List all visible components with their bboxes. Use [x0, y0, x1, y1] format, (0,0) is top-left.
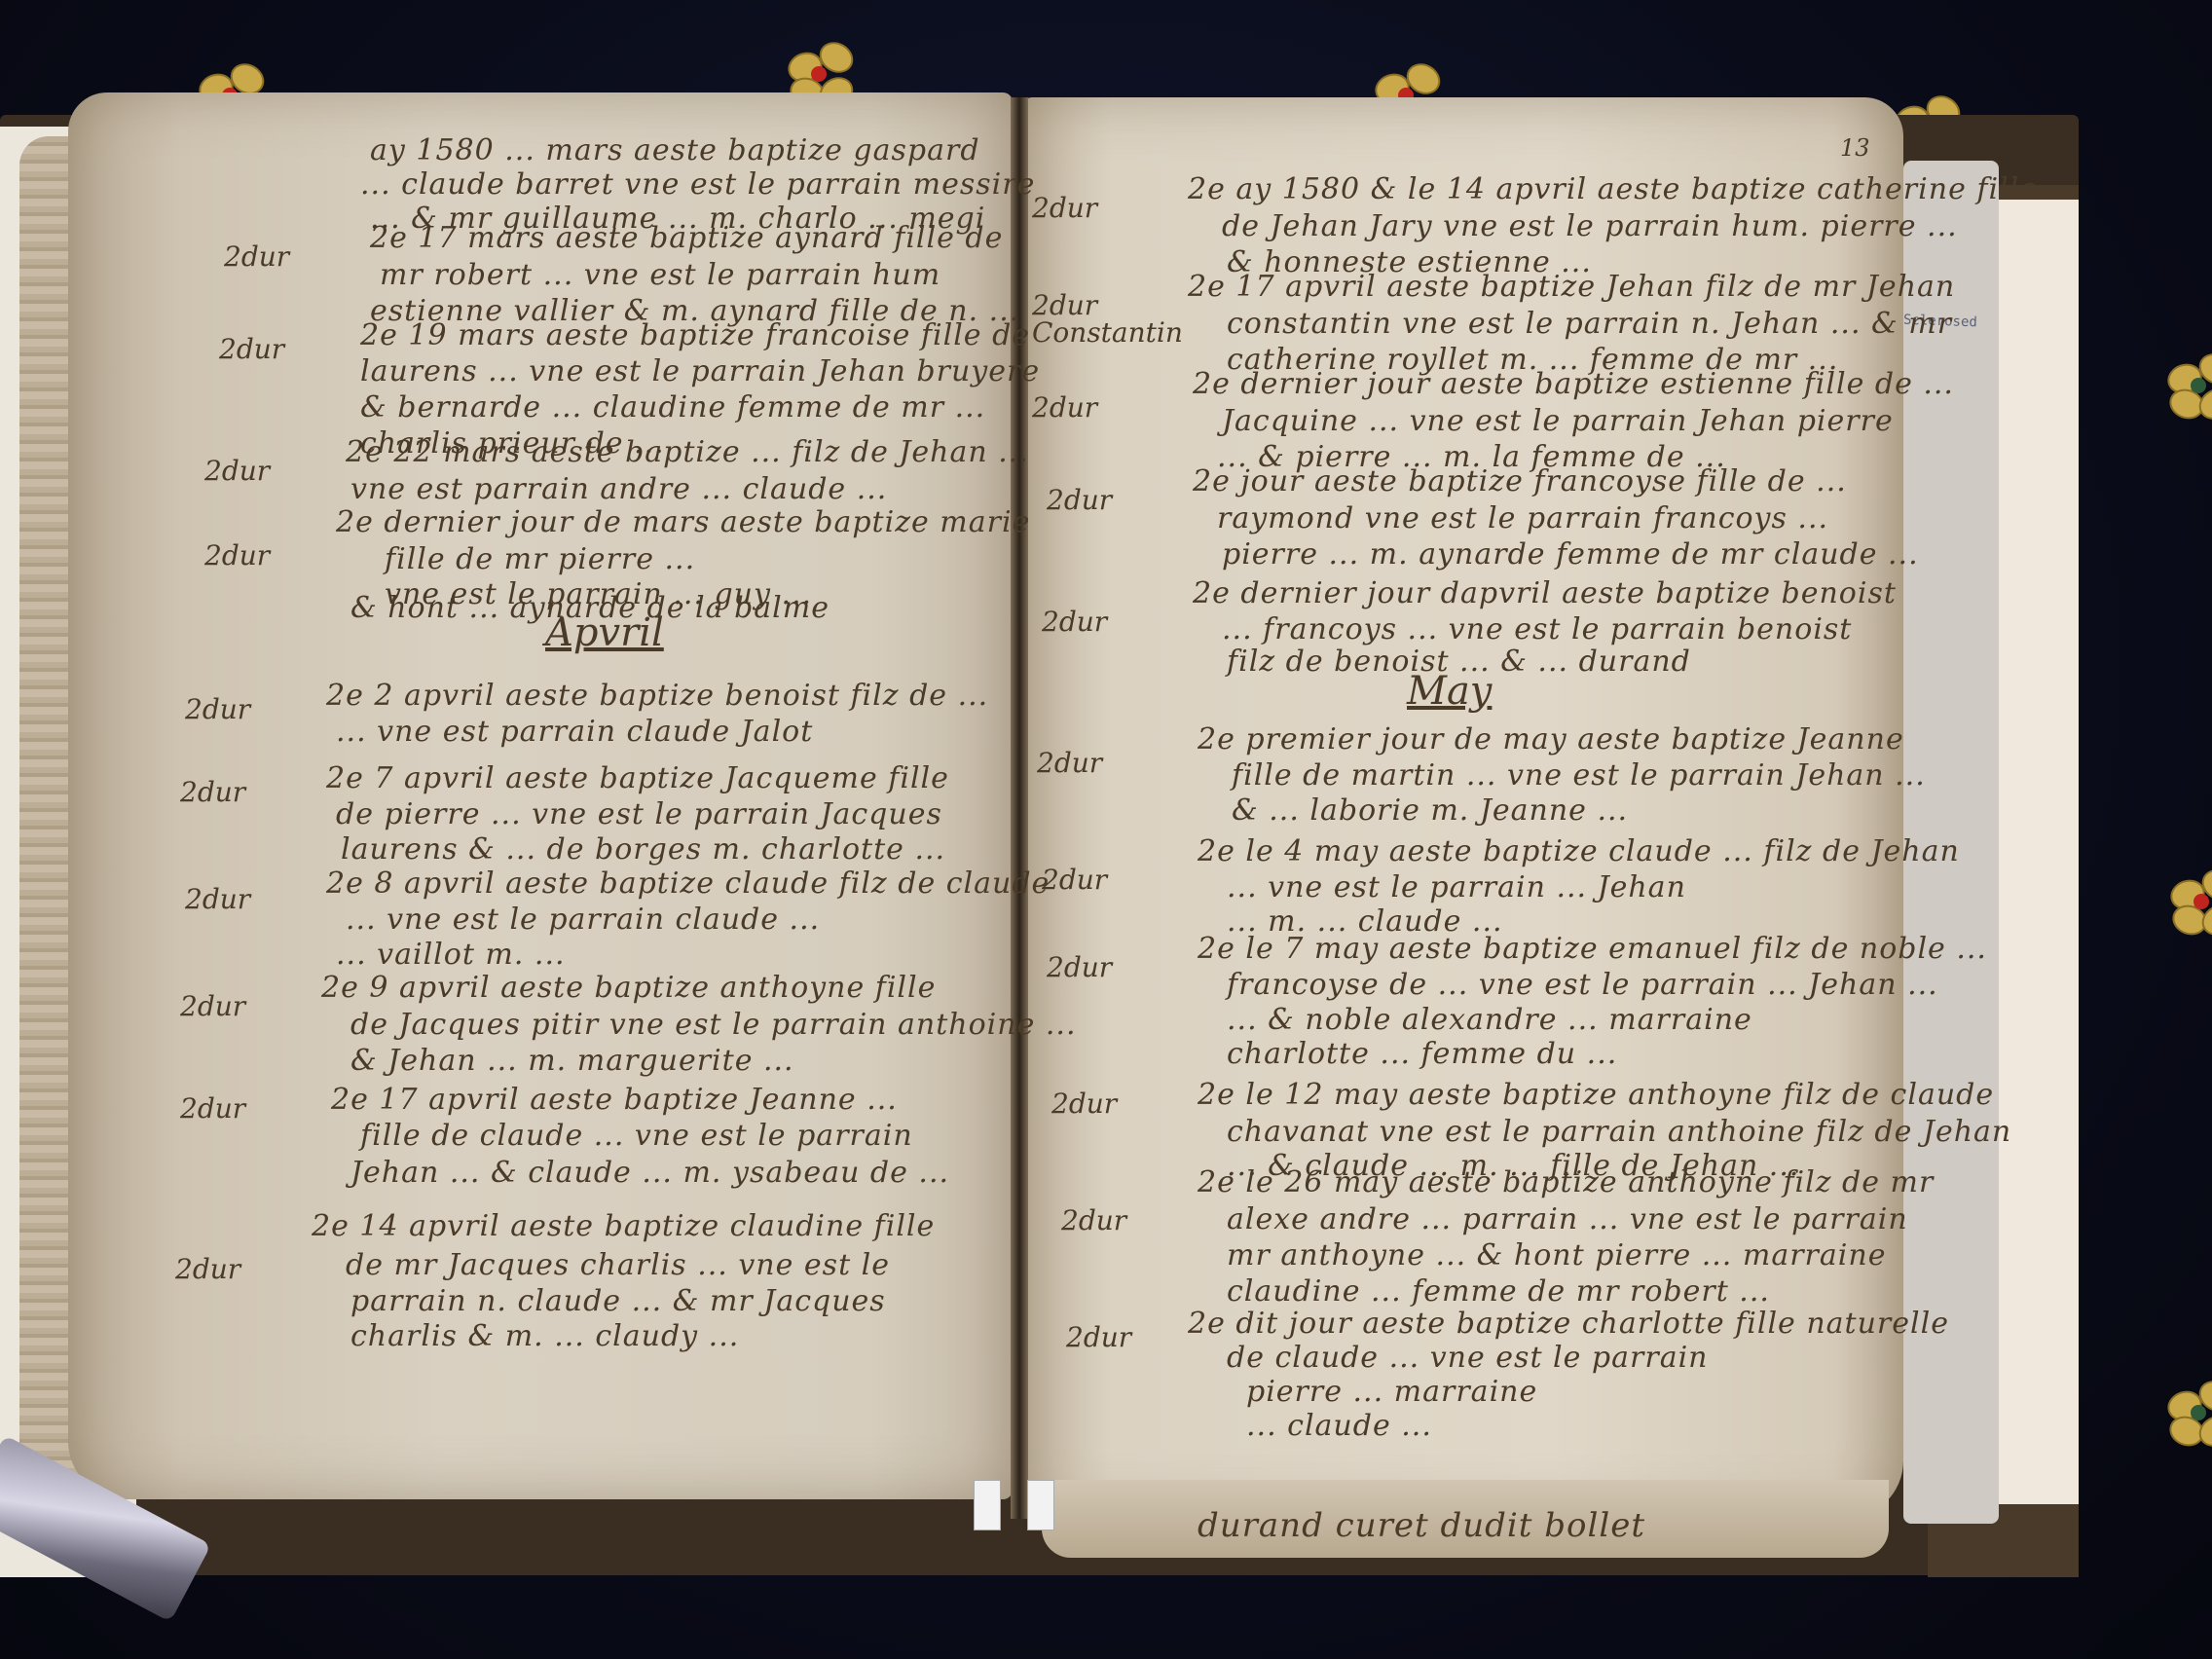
entry-line: de pierre ... vne est le parrain Jacques [336, 800, 942, 829]
entry-line: 2e 19 mars aeste baptize francoise fille… [360, 321, 1030, 350]
entry-line: ... vne est le parrain ... Jehan [1227, 873, 1686, 903]
entry-line: vne est parrain andre ... claude ... [350, 475, 887, 504]
gold-flower-motif [2166, 866, 2212, 939]
margin-note: 2dur [1047, 487, 1112, 514]
entry-line: laurens & ... de borges m. charlotte ... [341, 835, 945, 865]
entry-line: 2e dernier jour dapvril aeste baptize be… [1193, 579, 1897, 608]
entry-line: 2e premier jour de may aeste baptize Jea… [1198, 725, 1904, 755]
entry-line: 2e le 7 may aeste baptize emanuel filz d… [1198, 935, 1987, 964]
entry-line: & Jehan ... m. marguerite ... [350, 1047, 794, 1076]
margin-note: 2dur [204, 542, 270, 570]
margin-note: 2dur [224, 243, 289, 271]
margin-note: 2dur [1032, 394, 1097, 422]
entry-line: 2e le 4 may aeste baptize claude ... fil… [1198, 837, 1960, 866]
entry-line: 2e jour aeste baptize francoyse fille de… [1193, 467, 1847, 497]
margin-note: 2dur [180, 1095, 245, 1123]
entry-line: 2e 9 apvril aeste baptize anthoyne fille [321, 974, 936, 1003]
entry-line: francoyse de ... vne est le parrain ... … [1227, 971, 1938, 1000]
entry-line: ... vaillot m. ... [336, 940, 566, 970]
entry-line: 2e dernier jour aeste baptize estienne f… [1193, 370, 1954, 399]
margin-note: 2dur [185, 886, 250, 913]
margin-note: 2dur [180, 993, 245, 1020]
entry-line: 2e 17 apvril aeste baptize Jehan filz de… [1188, 273, 1955, 302]
entry-line: fille de claude ... vne est le parrain [360, 1122, 913, 1151]
entry-line: Jehan ... & claude ... m. ysabeau de ... [350, 1159, 949, 1188]
entry-line: & bernarde ... claudine femme de mr ... [360, 393, 985, 423]
margin-note: 2dur [180, 779, 245, 806]
margin-note: 2dur [185, 696, 250, 723]
entry-line: pierre ... marraine [1246, 1378, 1537, 1407]
margin-note: 2dur [1066, 1324, 1131, 1351]
entry-line: alexe andre ... parrain ... vne est le p… [1227, 1205, 1908, 1235]
entry-line: claudine ... femme de mr robert ... [1227, 1277, 1770, 1307]
margin-note-constantin: 2dur Constantin [1032, 292, 1149, 347]
entry-line: laurens ... vne est le parrain Jehan bru… [360, 357, 1040, 387]
entry-line: de Jacques pitir vne est le parrain anth… [350, 1011, 1077, 1040]
entry-line: mr robert ... vne est le parrain hum [380, 261, 940, 290]
margin-note: 2dur [1032, 195, 1097, 222]
entry-line: fille de martin ... vne est le parrain J… [1232, 761, 1926, 791]
entry-line: charlotte ... femme du ... [1227, 1040, 1617, 1069]
entry-line: Jacquine ... vne est le parrain Jehan pi… [1222, 407, 1894, 436]
margin-note: 2dur [1047, 954, 1112, 981]
entry-line: 2e ay 1580 & le 14 apvril aeste baptize … [1188, 175, 2038, 204]
entry-line: 2e 22 mars aeste baptize ... filz de Jeh… [346, 438, 1029, 467]
entry-line: 2e 14 apvril aeste baptize claudine fill… [312, 1212, 935, 1241]
page-clip [1027, 1480, 1054, 1530]
entry-line: ... vne est le parrain claude ... [346, 905, 820, 935]
margin-note: 2dur [1051, 1090, 1117, 1118]
entry-line: ... francoys ... vne est le parrain beno… [1222, 615, 1852, 645]
entry-line: ... claude barret vne est le parrain mes… [360, 170, 1035, 200]
margin-note: 2dur [1042, 608, 1107, 636]
margin-note: 2dur [219, 336, 284, 363]
month-heading-april: Apvril [545, 613, 664, 652]
entry-line: ... vne est parrain claude Jalot [336, 718, 813, 747]
page-clip [974, 1480, 1001, 1530]
folio-number: 13 [1840, 136, 1870, 160]
month-heading-may: May [1407, 672, 1492, 711]
margin-note: 2dur [204, 458, 270, 485]
entry-line: 2e 17 apvril aeste baptize Jeanne ... [331, 1086, 898, 1115]
margin-note: 2dur [1037, 750, 1102, 777]
entry-line: 2e le 12 may aeste baptize anthoyne filz… [1198, 1081, 1994, 1110]
entry-line: 2e 7 apvril aeste baptize Jacqueme fille [326, 764, 949, 793]
margin-note: 2dur [1061, 1207, 1126, 1235]
entry-line: de claude ... vne est le parrain [1227, 1344, 1709, 1373]
entry-line: chavanat vne est le parrain anthoine fil… [1227, 1118, 2011, 1147]
margin-note: 2dur [175, 1256, 240, 1283]
entry-line: & ... laborie m. Jeanne ... [1232, 796, 1628, 826]
entry-line: constantin vne est le parrain n. Jehan .… [1227, 310, 1952, 339]
entry-line: 2e dernier jour de mars aeste baptize ma… [336, 508, 1030, 537]
entry-line: 2e 2 apvril aeste baptize benoist filz d… [326, 682, 988, 711]
entry-line: ... & noble alexandre ... marraine [1227, 1006, 1752, 1035]
entry-line: fille de mr pierre ... [385, 545, 695, 574]
margin-note: 2dur [1042, 866, 1107, 894]
entry-line: ... claude ... [1246, 1412, 1432, 1441]
entry-line: pierre ... m. aynarde femme de mr claude… [1222, 540, 1919, 570]
entry-line: ay 1580 ... mars aeste baptize gaspard [370, 136, 980, 166]
entry-line: 2e 8 apvril aeste baptize claude filz de… [326, 869, 1050, 899]
entry-line: de Jehan Jary vne est le parrain hum. pi… [1222, 212, 1958, 241]
gold-flower-motif [2163, 350, 2212, 423]
gold-flower-motif [2163, 1378, 2212, 1450]
entry-line: raymond vne est le parrain francoys ... [1217, 504, 1828, 534]
entry-line: 2e le 26 may aeste baptize anthoyne filz… [1198, 1168, 1934, 1198]
entry-line: mr anthoyne ... & hont pierre ... marrai… [1227, 1241, 1886, 1271]
entry-line: parrain n. claude ... & mr Jacques [350, 1287, 886, 1316]
entry-line: 2e dit jour aeste baptize charlotte fill… [1188, 1309, 1949, 1339]
entry-line: charlis & m. ... claudy ... [350, 1322, 739, 1351]
entry-line: 2e 17 mars aeste baptize aynard fille de [370, 224, 1003, 253]
curate-signature: durand curet dudit bollet [1198, 1509, 1645, 1542]
entry-line: de mr Jacques charlis ... vne est le [346, 1251, 890, 1280]
